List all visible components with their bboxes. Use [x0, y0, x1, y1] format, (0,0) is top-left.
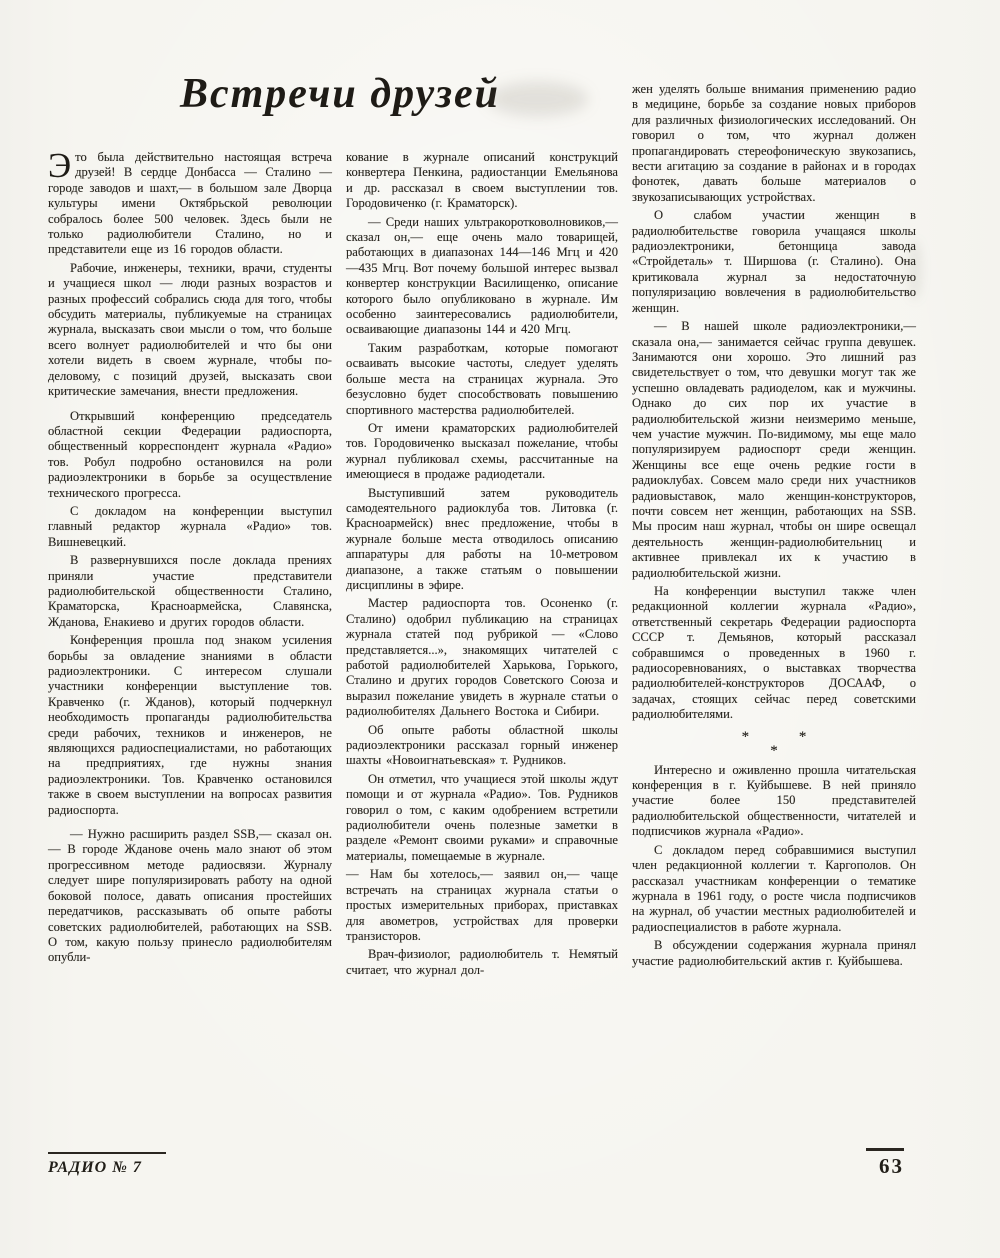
paragraph: Открывший конференцию председатель облас… — [48, 409, 332, 501]
paragraph: С докладом перед собравшимися выступил ч… — [632, 843, 916, 935]
paragraph: Конференция прошла под знаком усиления б… — [48, 633, 332, 818]
paragraph: Врач-физиолог, радиолюбитель т. Немятый … — [346, 947, 618, 978]
paragraph: Рабочие, инженеры, техники, врачи, студе… — [48, 261, 332, 400]
paragraph: С докладом на конференции выступил главн… — [48, 504, 332, 550]
footer-pagenum-block: 63 — [866, 1148, 904, 1179]
footer-journal-block: РАДИО № 7 — [48, 1152, 208, 1177]
paragraph: Это была действительно настоящая встреча… — [48, 150, 332, 258]
paragraph: В обсуждении содержания журнала принял у… — [632, 938, 916, 969]
drop-cap: Э — [48, 150, 75, 180]
asterisk-row: * — [632, 745, 916, 757]
paragraph: Он отметил, что учащиеся этой школы ждут… — [346, 772, 618, 864]
paragraph: Об опыте работы областной школы радиоэле… — [346, 723, 618, 769]
paragraph: Интересно и оживленно прошла читательска… — [632, 763, 916, 840]
paragraph: — Нам бы хотелось,— заявил он,— чаще вст… — [346, 867, 618, 944]
paragraph: — В нашей школе радиоэлектроники,— сказа… — [632, 319, 916, 581]
paragraph: кование в журнале описаний конструкций к… — [346, 150, 618, 212]
page-number: 63 — [866, 1154, 904, 1179]
paragraph: — Среди наших ультракоротковолновиков,— … — [346, 215, 618, 338]
magazine-page-scan: Встречи друзей Это была действительно на… — [0, 0, 1000, 1258]
paragraph: В развернувшихся после доклада прениях п… — [48, 553, 332, 630]
paragraph: — Нужно расширить раздел SSB,— сказал он… — [48, 827, 332, 966]
article-title: Встречи друзей — [140, 70, 540, 118]
paragraph: жен уделять больше внимания применению р… — [632, 82, 916, 205]
text-column-3: жен уделять больше внимания применению р… — [632, 82, 916, 969]
paragraph-text: то была действительно настоящая встреча … — [48, 150, 332, 256]
paragraph: Мастер радиоспорта тов. Осоненко (г. Ста… — [346, 596, 618, 719]
paragraph: О слабом участии женщин в радиолюбительс… — [632, 208, 916, 316]
journal-name: РАДИО № 7 — [48, 1159, 208, 1177]
paragraph: Выступивший затем руководитель самодеяте… — [346, 486, 618, 594]
ink-bleed-smudge — [488, 82, 588, 116]
pagenum-rule — [866, 1148, 904, 1151]
text-column-2: кование в журнале описаний конструкций к… — [346, 150, 618, 978]
paragraph: Таким разработкам, которые помогают осва… — [346, 341, 618, 418]
text-column-1: Это была действительно настоящая встреча… — [48, 150, 332, 966]
asterisk-separator: * * * — [632, 731, 916, 757]
asterisk-row: * * — [632, 731, 916, 743]
footer-rule — [48, 1152, 166, 1154]
paragraph: От имени краматорских радиолюбителей тов… — [346, 421, 618, 483]
paragraph: На конференции выступил также член редак… — [632, 584, 916, 723]
